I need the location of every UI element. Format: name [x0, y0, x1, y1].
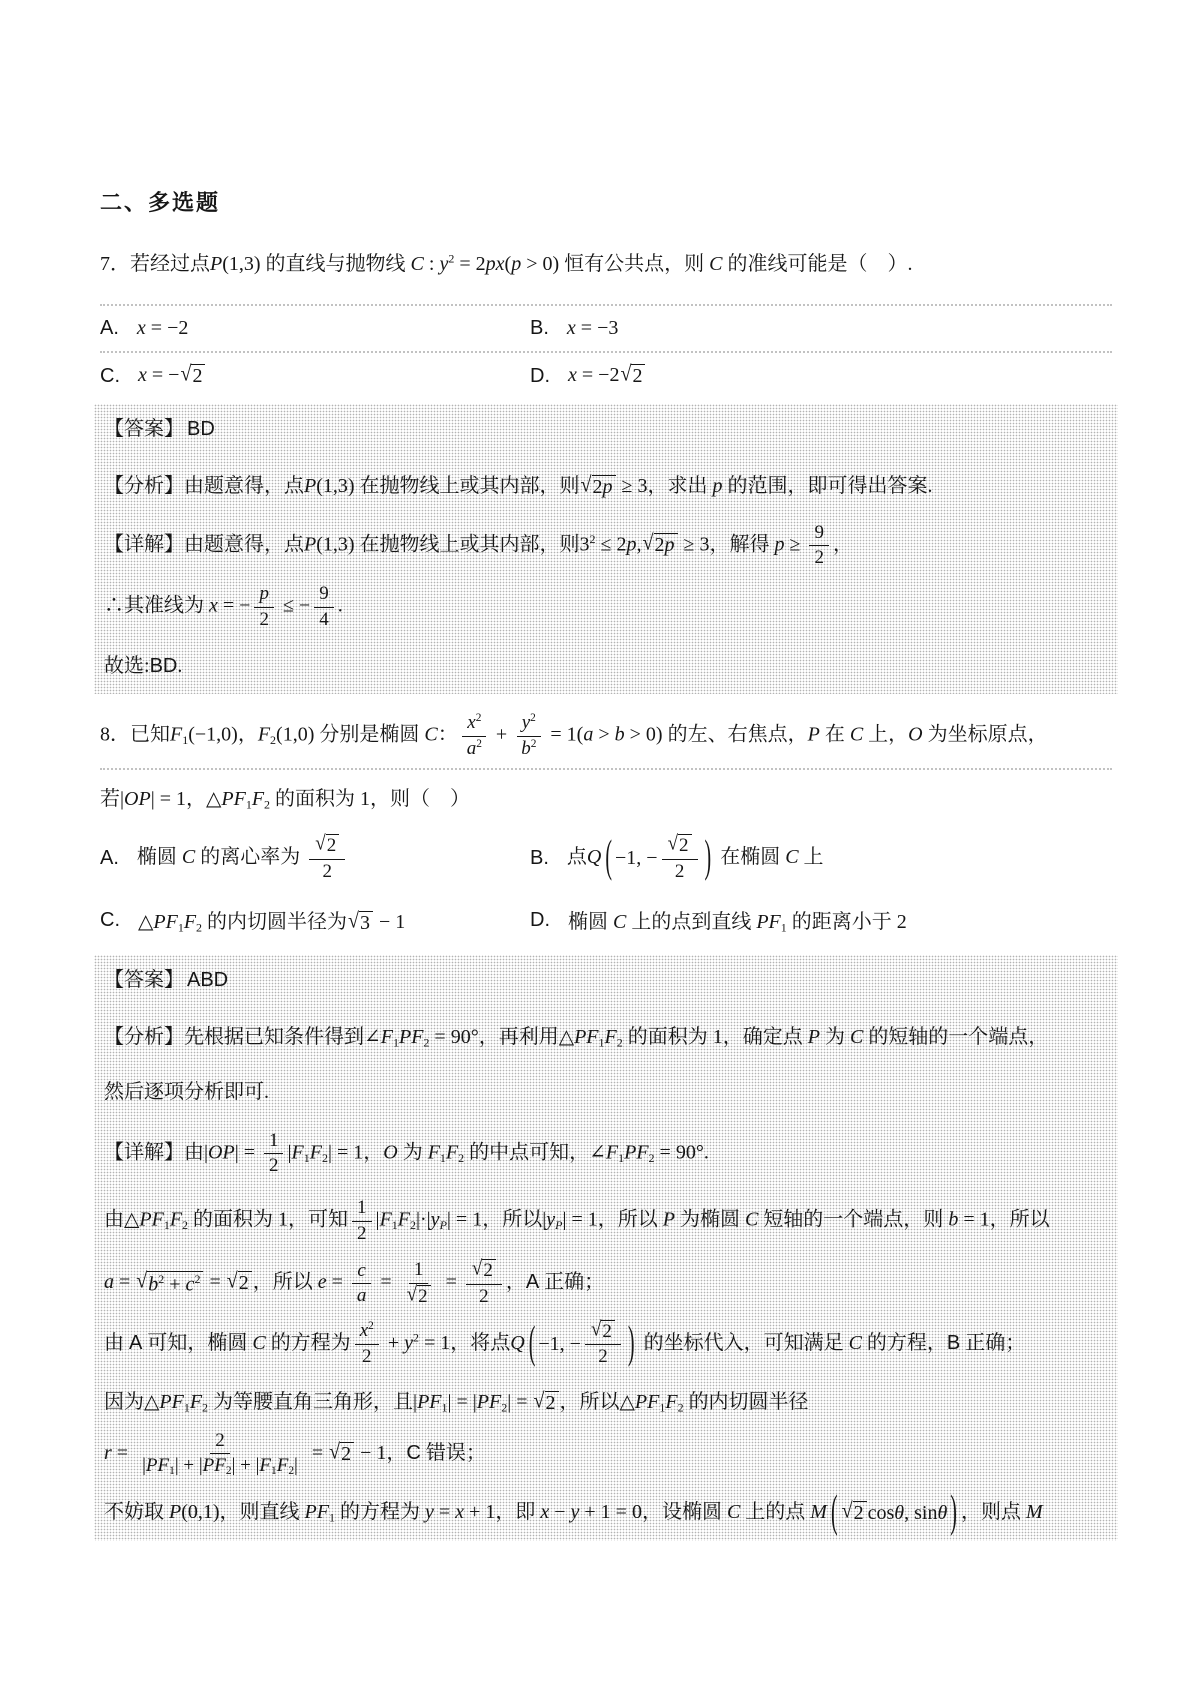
q8-separator-1: [100, 768, 1112, 770]
q7-option-a-letter: A.: [100, 317, 119, 340]
q8-option-c-letter: C.: [100, 909, 120, 932]
section-title: 二、多选题: [100, 186, 1112, 217]
q8-answer-line: 【答案】ABD: [104, 965, 1108, 996]
q7-option-c-content: x = −√2: [138, 364, 206, 389]
q8-analysis-line-1: 【分析】先根据已知条件得到∠F1PF2 = 90°，再利用△PF1F2 的面积为…: [104, 1022, 1108, 1053]
q8-option-a: A. 椭圆 C 的离心率为 √22: [100, 834, 530, 883]
q8-answer-value: ABD: [187, 969, 228, 991]
q7-option-c-letter: C.: [100, 365, 120, 388]
q8-options-row-2: C. △PF1F2 的内切圆半径为√3 − 1 D. 椭圆 C 上的点到直线 P…: [100, 894, 1112, 947]
q8-option-b: B. 点Q(−1, −√22) 在椭圆 C 上: [530, 834, 1112, 883]
q7-choose: 故选:BD.: [104, 651, 1108, 682]
q7-conclusion: ∴其准线为 x = −p2 ≤ −94.: [104, 583, 1108, 631]
q8-detail-line-1: 【详解】由|OP| = 12|F1F2| = 1，O 为 F1F2 的中点可知，…: [104, 1130, 1108, 1178]
q8-option-c-content: △PF1F2 的内切圆半径为√3 − 1: [138, 905, 405, 936]
q8-option-d-letter: D.: [530, 909, 550, 932]
q7-detail: 【详解】由题意得，点P(1,3) 在抛物线上或其内部，则32 ≤ 2p,√2p …: [104, 522, 1108, 570]
q7-option-a-content: x = −2: [137, 317, 188, 340]
q7-option-c: C. x = −√2: [100, 364, 530, 389]
q7-options-row-1: A. x = −2 B. x = −3: [100, 306, 1112, 351]
q8-stem-line-2: 若|OP| = 1，△PF1F2 的面积为 1，则（ ）: [100, 784, 1112, 815]
q7-answer-label: 【答案】: [104, 418, 184, 440]
q8-option-a-content: 椭圆 C 的离心率为 √22: [137, 834, 349, 883]
q8-detail-line-7: 不妨取 P(0,1)，则直线 PF1 的方程为 y = x + 1，即 x − …: [104, 1497, 1108, 1529]
q8-detail-line-2: 由△PF1F2 的面积为 1，可知12|F1F2|·|yP| = 1，所以|yP…: [104, 1197, 1108, 1245]
q8-option-b-content: 点Q(−1, −√22) 在椭圆 C 上: [567, 834, 824, 883]
q8-detail-line-3: a = √b2 + c2 = √2，所以 e = ca = 1√2 = √22，…: [104, 1259, 1108, 1308]
q8-answer-label: 【答案】: [104, 969, 184, 991]
document-page: 二、多选题 7．若经过点P(1,3) 的直线与抛物线 C : y2 = 2px(…: [0, 0, 1200, 1698]
q8-answer-block: 【答案】ABD 【分析】先根据已知条件得到∠F1PF2 = 90°，再利用△PF…: [94, 955, 1118, 1541]
q7-option-a: A. x = −2: [100, 317, 530, 340]
q7-answer-block: 【答案】BD 【分析】由题意得，点P(1,3) 在抛物线上或其内部，则√2p ≥…: [94, 404, 1118, 695]
q7-option-b-letter: B.: [530, 317, 549, 340]
q7-option-d: D. x = −2√2: [530, 364, 1112, 389]
q8-option-d: D. 椭圆 C 上的点到直线 PF1 的距离小于 2: [530, 905, 1112, 935]
q7-answer-line: 【答案】BD: [104, 414, 1108, 445]
q8-detail-line-5: 因为△PF1F2 为等腰直角三角形，且|PF1| = |PF2| = √2，所以…: [104, 1387, 1108, 1418]
q8-option-d-content: 椭圆 C 上的点到直线 PF1 的距离小于 2: [568, 905, 907, 935]
q8-analysis-line-2: 然后逐项分析即可.: [104, 1077, 1108, 1108]
q7-analysis: 【分析】由题意得，点P(1,3) 在抛物线上或其内部，则√2p ≥ 3，求出 p…: [104, 471, 1108, 502]
q7-option-d-letter: D.: [530, 365, 550, 388]
q7-stem: 7．若经过点P(1,3) 的直线与抛物线 C : y2 = 2px(p > 0)…: [100, 249, 1112, 280]
q8-detail-line-4: 由 A 可知，椭圆 C 的方程为x22 + y2 = 1，将点Q(−1, −√2…: [104, 1320, 1108, 1369]
q8-option-c: C. △PF1F2 的内切圆半径为√3 − 1: [100, 905, 530, 936]
q8-option-b-letter: B.: [530, 847, 549, 870]
q7-options-row-2: C. x = −√2 D. x = −2√2: [100, 353, 1112, 400]
q8-stem-line-1: 8．已知F1(−1,0)，F2(1,0) 分别是椭圆 C：x2a2 + y2b2…: [100, 712, 1112, 760]
q7-option-b: B. x = −3: [530, 317, 1112, 340]
q7-option-d-content: x = −2√2: [568, 364, 646, 389]
q8-option-a-letter: A.: [100, 847, 119, 870]
q8-detail-line-6: r = 2|PF1| + |PF2| + |F1F2| = √2 − 1，C 错…: [104, 1430, 1108, 1479]
q8-options-row-1: A. 椭圆 C 的离心率为 √22 B. 点Q(−1, −√22) 在椭圆 C …: [100, 823, 1112, 894]
q7-option-b-content: x = −3: [567, 317, 618, 340]
q7-answer-value: BD: [187, 418, 215, 440]
